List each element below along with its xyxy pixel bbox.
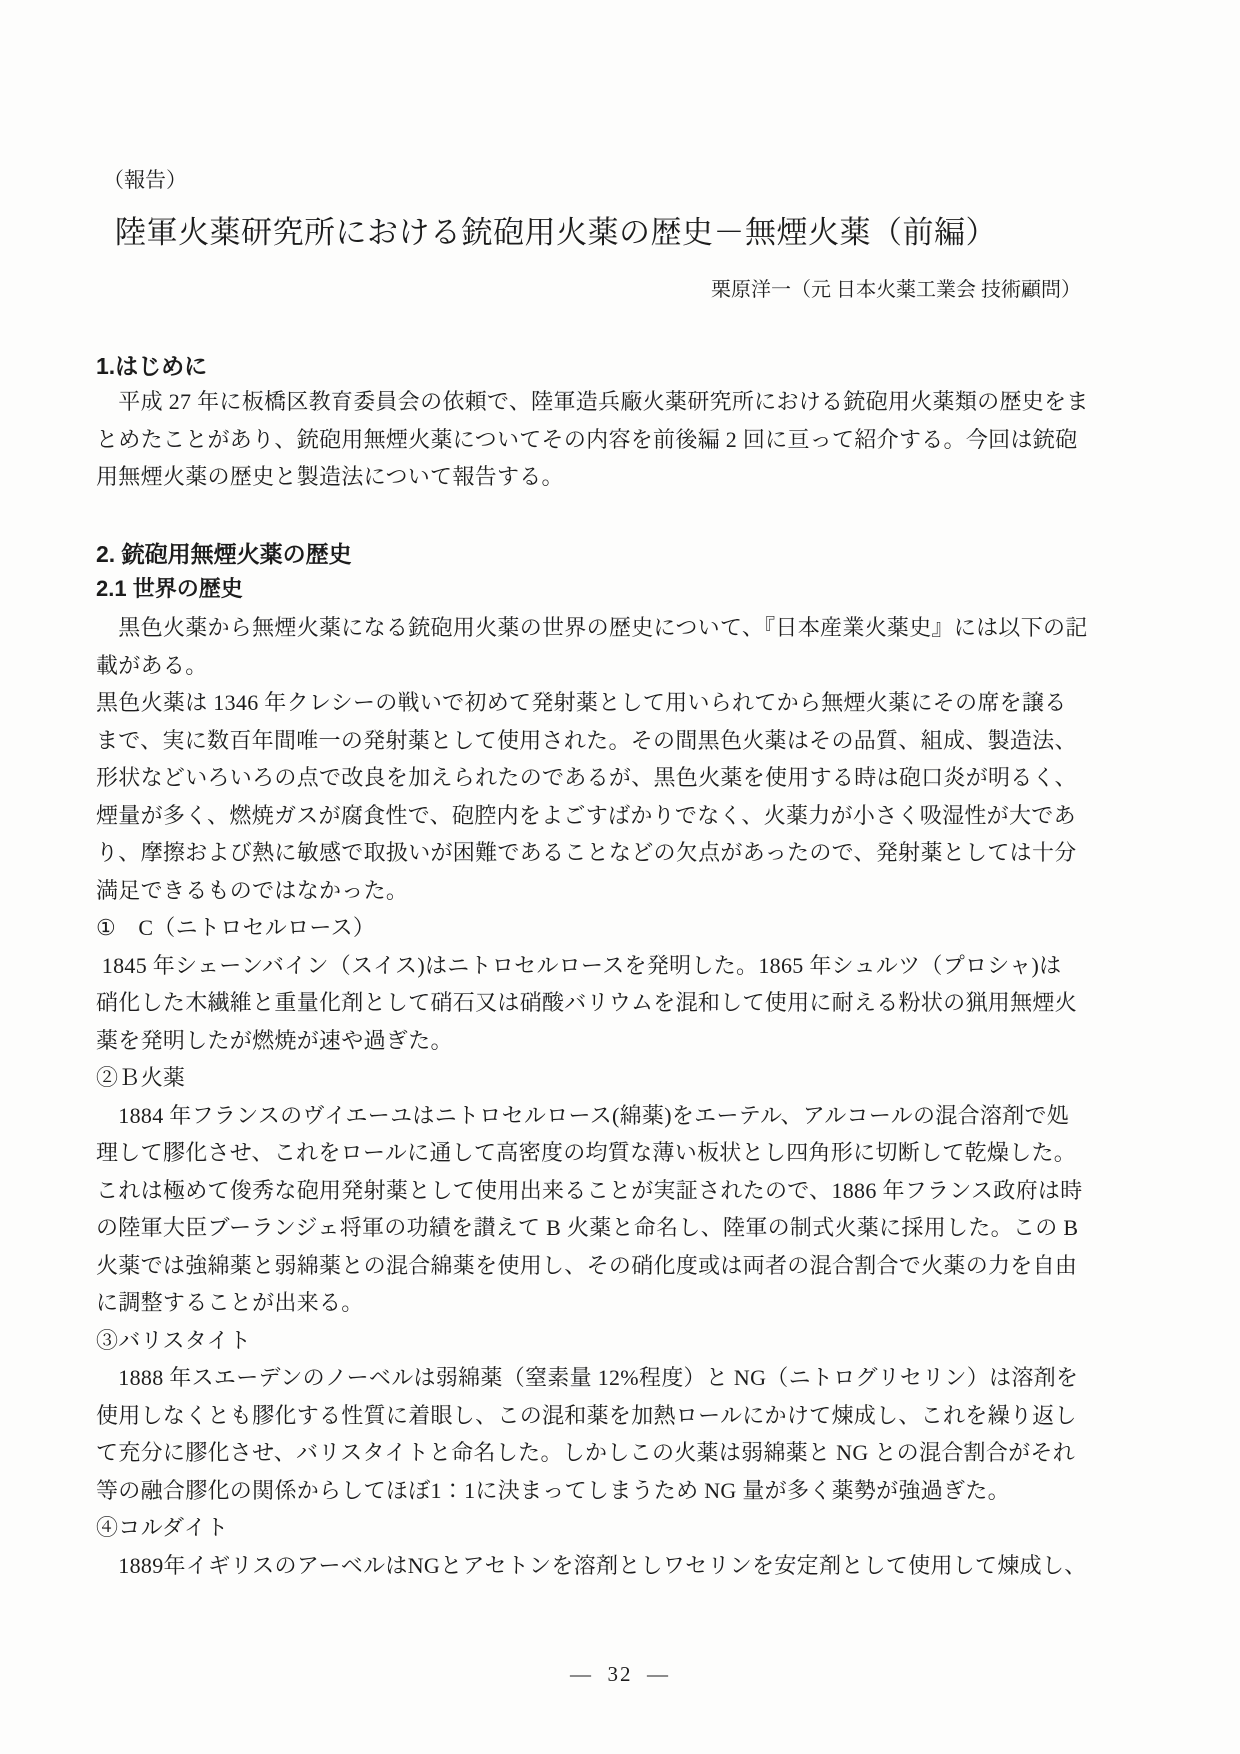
text-line: 載がある。 xyxy=(96,647,1106,685)
text-line: まで、実に数百年間唯一の発射薬として使用された。その間黒色火薬はその品質、組成、… xyxy=(96,722,1106,760)
text-line: 硝化した木繊維と重量化剤として硝石又は硝酸バリウムを混和して使用に耐える粉状の猟… xyxy=(96,984,1106,1022)
text-line: 1845 年シェーンバイン（スイス)はニトロセルロースを発明した。1865 年シ… xyxy=(96,947,1106,985)
text-line: 1889年イギリスのアーベルはNGとアセトンを溶剤としワセリンを安定剤として使用… xyxy=(96,1547,1106,1585)
text-line: 黒色火薬は 1346 年クレシーの戦いで初めて発射薬として用いられてから無煙火薬… xyxy=(96,684,1106,722)
text-line: の陸軍大臣ブーランジェ将軍の功績を讃えて B 火薬と命名し、陸軍の制式火薬に採用… xyxy=(96,1209,1106,1247)
scanned-report-page: （報告） 陸軍火薬研究所における銃砲用火薬の歴史－無煙火薬（前編） 栗原洋一（元… xyxy=(0,0,1240,1754)
section-2-heading: 2. 銃砲用無煙火薬の歴史 xyxy=(96,540,352,568)
text-line: 黒色火薬から無煙火薬になる銃砲用火薬の世界の歴史について、『日本産業火薬史』には… xyxy=(96,609,1106,647)
text-line: 使用しなくとも膠化する性質に着眼し、この混和薬を加熱ロールにかけて煉成し、これを… xyxy=(96,1397,1106,1435)
text-line: 1888 年スエーデンのノーベルは弱綿薬（窒素量 12%程度）と NG（ニトログ… xyxy=(96,1359,1106,1397)
text-line: 等の融合膠化の関係からしてほぼ1：1に決まってしまうため NG 量が多く薬勢が強… xyxy=(96,1472,1106,1510)
report-type-label: （報告） xyxy=(103,166,187,194)
text-line: ③バリスタイト xyxy=(96,1322,1106,1360)
text-line: 用無煙火薬の歴史と製造法について報告する。 xyxy=(96,458,1106,496)
text-line: これは極めて俊秀な砲用発射薬として使用出来ることが実証されたので、1886 年フ… xyxy=(96,1172,1106,1210)
text-line: 1884 年フランスのヴイエーユはニトロセルロース(綿薬)をエーテル、アルコール… xyxy=(96,1097,1106,1135)
text-line: り、摩擦および熱に敏感で取扱いが困難であることなどの欠点があったので、発射薬とし… xyxy=(96,834,1106,872)
text-line: 火薬では強綿薬と弱綿薬との混合綿薬を使用し、その硝化度或は両者の混合割合で火薬の… xyxy=(96,1247,1106,1285)
text-line: 煙量が多く、燃焼ガスが腐食性で、砲腔内をよごすばかりでなく、火薬力が小さく吸湿性… xyxy=(96,797,1106,835)
section-2-body: 黒色火薬から無煙火薬になる銃砲用火薬の世界の歴史について、『日本産業火薬史』には… xyxy=(96,609,1106,1584)
text-line: ① C（ニトロセルロース） xyxy=(96,909,1106,947)
text-line: ④コルダイト xyxy=(96,1509,1106,1547)
text-line: ②Ｂ火薬 xyxy=(96,1059,1106,1097)
page-number: ― 32 ― xyxy=(0,1660,1240,1688)
text-line: 形状などいろいろの点で改良を加えられたのであるが、黒色火薬を使用する時は砲口炎が… xyxy=(96,759,1106,797)
section-1-heading: 1.はじめに xyxy=(96,352,207,380)
text-line: 理して膠化させ、これをロールに通して高密度の均質な薄い板状とし四角形に切断して乾… xyxy=(96,1134,1106,1172)
section-1-body: 平成 27 年に板橋区教育委員会の依頼で、陸軍造兵廠火薬研究所における銃砲用火薬… xyxy=(96,383,1106,496)
author-byline: 栗原洋一（元 日本火薬工業会 技術顧問） xyxy=(96,277,1081,303)
text-line: 満足できるものではなかった。 xyxy=(96,872,1106,910)
text-line: とめたことがあり、銃砲用無煙火薬についてその内容を前後編 2 回に亘って紹介する… xyxy=(96,421,1106,459)
page-title: 陸軍火薬研究所における銃砲用火薬の歴史－無煙火薬（前編） xyxy=(115,211,997,255)
text-line: に調整することが出来る。 xyxy=(96,1284,1106,1322)
text-line: 平成 27 年に板橋区教育委員会の依頼で、陸軍造兵廠火薬研究所における銃砲用火薬… xyxy=(96,383,1106,421)
text-line: て充分に膠化させ、バリスタイトと命名した。しかしこの火薬は弱綿薬と NG との混… xyxy=(96,1434,1106,1472)
text-line: 薬を発明したが燃焼が速や過ぎた。 xyxy=(96,1022,1106,1060)
section-2-1-subheading: 2.1 世界の歴史 xyxy=(96,575,243,602)
